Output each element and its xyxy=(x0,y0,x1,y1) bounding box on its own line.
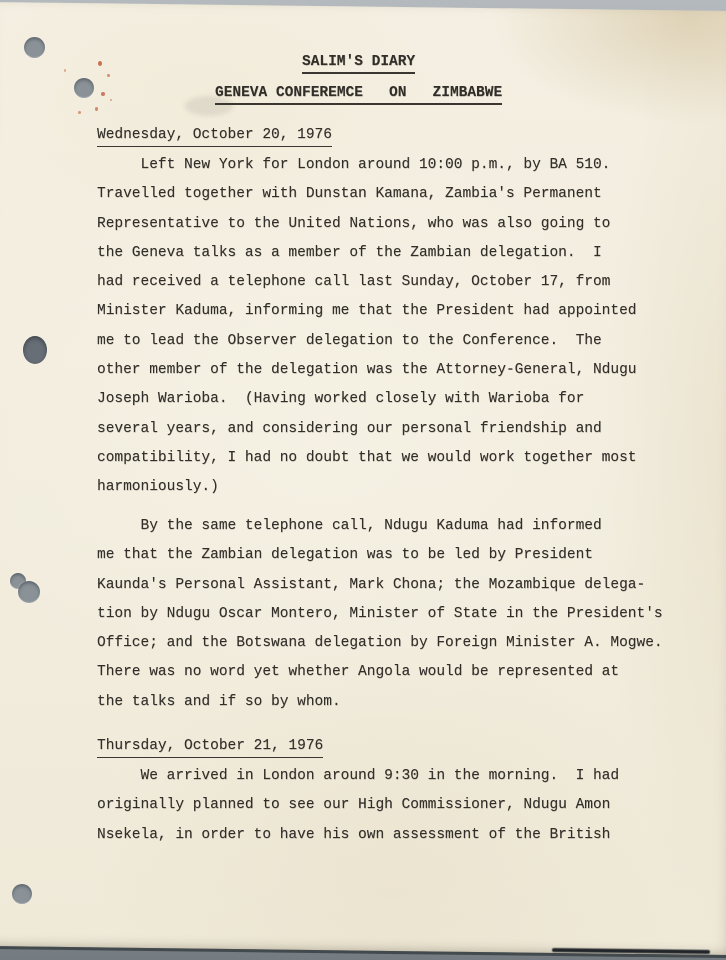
red-stain-speck xyxy=(98,61,102,66)
entry-heading-thursday: Thursday, October 21, 1976 xyxy=(97,738,323,758)
bottom-edge-smudge xyxy=(552,948,710,954)
punch-hole-3 xyxy=(23,336,47,364)
red-stain-speck xyxy=(64,69,66,72)
document-subtitle: GENEVA CONFEREMCE ON ZIMBABWE xyxy=(215,85,502,105)
entry-heading-wednesday: Wednesday, October 20, 1976 xyxy=(97,127,332,147)
red-stain-speck xyxy=(110,99,112,101)
page-content: SALIM'S DIARY GENEVA CONFEREMCE ON ZIMBA… xyxy=(0,0,726,960)
scanned-page-view: { "page": { "description": "Scanned type… xyxy=(0,0,726,960)
diary-paragraph: We arrived in London around 9:30 in the … xyxy=(97,762,619,850)
punch-hole-2 xyxy=(74,78,94,98)
diary-paragraph: By the same telephone call, Ndugu Kaduma… xyxy=(97,512,663,717)
punch-hole-1 xyxy=(24,37,45,58)
diary-paragraph: Left New York for London around 10:00 p.… xyxy=(97,151,637,503)
red-stain-speck xyxy=(78,111,81,114)
red-stain-speck xyxy=(95,107,98,111)
document-title: SALIM'S DIARY xyxy=(302,54,415,74)
punch-hole-4 xyxy=(18,581,40,603)
punch-hole-5 xyxy=(12,884,32,904)
red-stain-speck xyxy=(107,74,110,77)
red-stain-speck xyxy=(101,92,105,96)
